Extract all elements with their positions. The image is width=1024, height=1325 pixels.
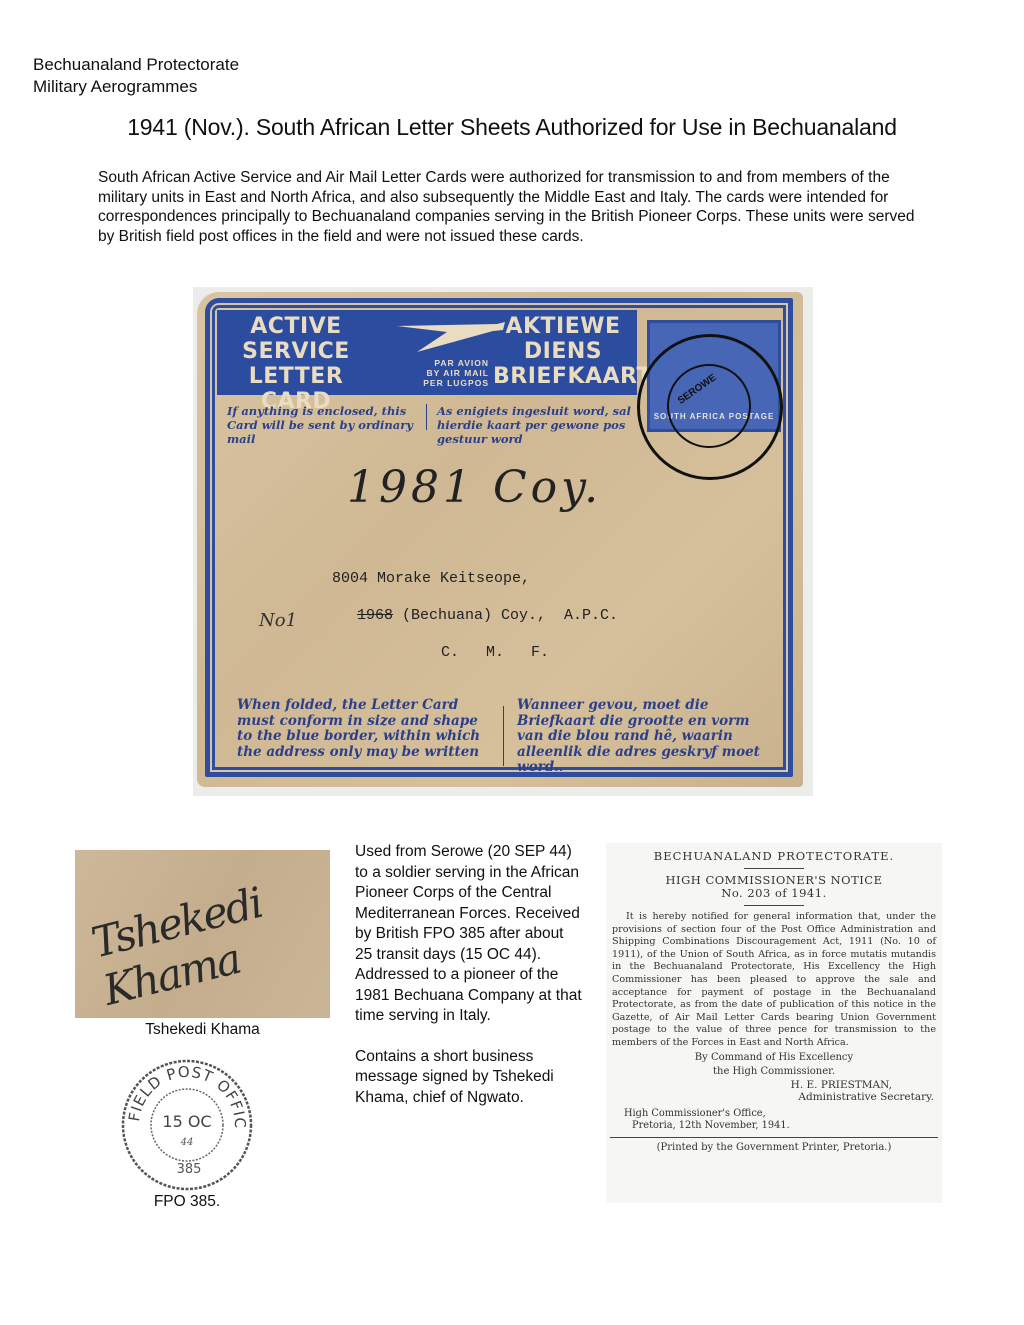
header-line2: Military Aerogrammes (33, 76, 239, 98)
banner-english: ACTIVE SERVICE LETTER CARD (221, 314, 371, 414)
airmail-plane-icon (397, 322, 507, 354)
gazette-notice-clipping: BECHUANALAND PROTECTORATE. HIGH COMMISSI… (606, 843, 942, 1203)
notice-command1: By Command of His Excellency (606, 1052, 942, 1065)
letter-card-image: ACTIVE SERVICE LETTER CARD PAR AVION BY … (193, 287, 813, 796)
address-line2: 1968 (Bechuana) Coy., A.P.C. (357, 607, 618, 624)
notice-signer-title: Administrative Secretary. (606, 1091, 942, 1104)
signature-caption: Tshekedi Khama (75, 1021, 330, 1039)
warning-afrikaans: As enigiets ingesluit word, sal hierdie … (437, 404, 637, 446)
svg-text:44: 44 (180, 1137, 194, 1148)
description-para2: Contains a short business message signed… (355, 1047, 585, 1109)
notice-body: It is hereby notified for general inform… (606, 911, 942, 1050)
notice-heading: BECHUANALAND PROTECTORATE. (606, 849, 942, 863)
letter-card: ACTIVE SERVICE LETTER CARD PAR AVION BY … (197, 292, 803, 787)
notice-office2: Pretoria, 12th November, 1941. (606, 1120, 942, 1133)
warning-divider (426, 404, 427, 430)
notice-number: No. 203 of 1941. (606, 887, 942, 900)
card-banner: ACTIVE SERVICE LETTER CARD PAR AVION BY … (217, 310, 637, 395)
page-title: 1941 (Nov.). South African Letter Sheets… (0, 114, 1024, 141)
svg-text:385: 385 (177, 1162, 202, 1177)
address-line3: C. M. F. (441, 644, 549, 661)
warning-english: If anything is enclosed, this Card will … (227, 404, 417, 446)
notice-office1: High Commissioner's Office, (606, 1108, 942, 1121)
airmail-text: PAR AVION BY AIR MAIL PER LUGPOS (389, 358, 489, 388)
description-para1: Used from Serowe (20 SEP 44) to a soldie… (355, 842, 585, 1027)
fpo-caption: FPO 385. (117, 1193, 257, 1211)
cover-description: Used from Serowe (20 SEP 44) to a soldie… (355, 842, 585, 1128)
folding-note-afrikaans: Wanneer gevou, moet die Briefkaart die g… (517, 698, 777, 776)
handwritten-company: 1981 Coy. (347, 462, 602, 513)
notice-signer: H. E. PRIESTMAN, (606, 1079, 942, 1092)
signature-image: Tshekedi Khama (75, 850, 330, 1018)
notice-command2: the High Commissioner. (606, 1066, 942, 1079)
address-line1: 8004 Morake Keitseope, (332, 570, 530, 587)
notice-printer: (Printed by the Government Printer, Pret… (606, 1142, 942, 1153)
fpo-postmark-icon: FIELD POST OFFICE 15 OC 44 385 (117, 1055, 257, 1195)
svg-text:15 OC: 15 OC (162, 1112, 211, 1131)
notice-rule (744, 868, 804, 869)
notice-bottom-rule (610, 1137, 938, 1138)
handwritten-note: No1 (259, 610, 297, 631)
folding-divider (503, 706, 504, 766)
intro-paragraph: South African Active Service and Air Mai… (98, 168, 928, 246)
folding-note-english: When folded, the Letter Card must confor… (237, 698, 497, 760)
header-line1: Bechuanaland Protectorate (33, 54, 239, 76)
page-header: Bechuanaland Protectorate Military Aerog… (33, 54, 239, 98)
signature-script: Tshekedi Khama (87, 863, 339, 1015)
banner-afrikaans: AKTIEWE DIENS BRIEFKAART (493, 314, 633, 389)
notice-rule (744, 905, 804, 906)
